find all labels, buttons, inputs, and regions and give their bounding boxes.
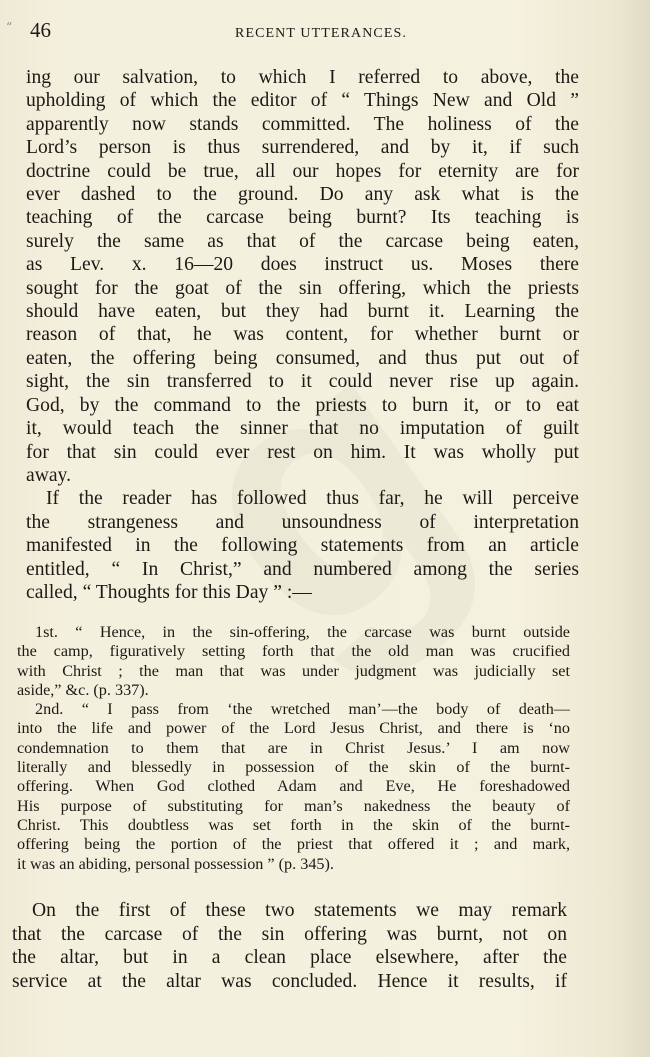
text-line: entitled, “ In Christ,” and numbered amo…: [26, 558, 579, 581]
closing-paragraph: On the first of these two statements we …: [12, 899, 567, 993]
text-line: God, by the command to the priests to bu…: [26, 394, 579, 417]
text-line: ever dashed to the ground. Do any ask wh…: [26, 183, 579, 206]
text-line: apparently now stands committed. The hol…: [26, 113, 579, 136]
page-header: “ 46 RECENT UTTERANCES.: [30, 18, 590, 48]
page-number: 46: [30, 18, 51, 43]
quote-second: 2nd. “ I pass from ‘the wretched man’—th…: [17, 700, 570, 874]
text-line: surely the same as that of the carcase b…: [26, 230, 579, 253]
quote-line: with Christ ; the man that was under jud…: [17, 662, 570, 681]
text-line: doctrine could be true, all our hopes fo…: [26, 160, 579, 183]
quote-line: Christ. This doubtless was set forth in …: [17, 816, 570, 835]
quote-line: His purpose of substituting for man’s na…: [17, 797, 570, 816]
quote-line: offering being the portion of the priest…: [17, 835, 570, 854]
book-page: g “ 46 RECENT UTTERANCES. ing our salvat…: [0, 0, 650, 1057]
quote-first: 1st. “ Hence, in the sin-offering, the c…: [17, 623, 570, 700]
text-line: upholding of which the editor of “ Thing…: [26, 89, 579, 112]
text-line: the strangeness and unsoundness of inter…: [26, 511, 579, 534]
text-line: it, would teach the sinner that no imput…: [26, 417, 579, 440]
text-line: called, “ Thoughts for this Day ” :—: [26, 581, 579, 604]
text-line: should have eaten, but they had burnt it…: [26, 300, 579, 323]
text-line: ing our salvation, to which I referred t…: [26, 66, 579, 89]
text-line: On the first of these two statements we …: [12, 899, 567, 923]
text-line: the altar, but in a clean place elsewher…: [12, 946, 567, 970]
paragraph: If the reader has followed thus far, he …: [26, 487, 579, 604]
paragraph-continued: ing our salvation, to which I referred t…: [26, 66, 579, 487]
quote-line: into the life and power of the Lord Jesu…: [17, 719, 570, 738]
quote-line: 2nd. “ I pass from ‘the wretched man’—th…: [17, 700, 570, 719]
margin-mark: “: [6, 20, 12, 34]
quote-line: aside,” &c. (p. 337).: [17, 681, 570, 700]
text-line: teaching of the carcase being burnt? Its…: [26, 206, 579, 229]
text-line: for that sin could ever rest on him. It …: [26, 441, 579, 464]
text-line: away.: [26, 464, 579, 487]
quote-line: the camp, figuratively setting forth tha…: [17, 642, 570, 661]
quote-line: 1st. “ Hence, in the sin-offering, the c…: [17, 623, 570, 642]
text-line: that the carcase of the sin offering was…: [12, 923, 567, 947]
quote-line: offering. When God clothed Adam and Eve,…: [17, 777, 570, 796]
quoted-statements: 1st. “ Hence, in the sin-offering, the c…: [17, 623, 570, 874]
running-head: RECENT UTTERANCES.: [235, 26, 407, 42]
quote-line: condemnation to them that are in Christ …: [17, 739, 570, 758]
text-line: manifested in the following statements f…: [26, 534, 579, 557]
text-line: eaten, the offering being consumed, and …: [26, 347, 579, 370]
main-text: ing our salvation, to which I referred t…: [26, 66, 579, 604]
text-line: Lord’s person is thus surrendered, and b…: [26, 136, 579, 159]
text-line: If the reader has followed thus far, he …: [26, 487, 579, 510]
text-line: service at the altar was concluded. Henc…: [12, 970, 567, 994]
quote-line: it was an abiding, personal possession ”…: [17, 855, 570, 874]
text-line: sight, the sin transferred to it could n…: [26, 370, 579, 393]
text-line: as Lev. x. 16—20 does instruct us. Moses…: [26, 253, 579, 276]
text-line: reason of that, he was content, for whet…: [26, 323, 579, 346]
quote-line: literally and blessedly in possession of…: [17, 758, 570, 777]
text-line: sought for the goat of the sin offering,…: [26, 277, 579, 300]
